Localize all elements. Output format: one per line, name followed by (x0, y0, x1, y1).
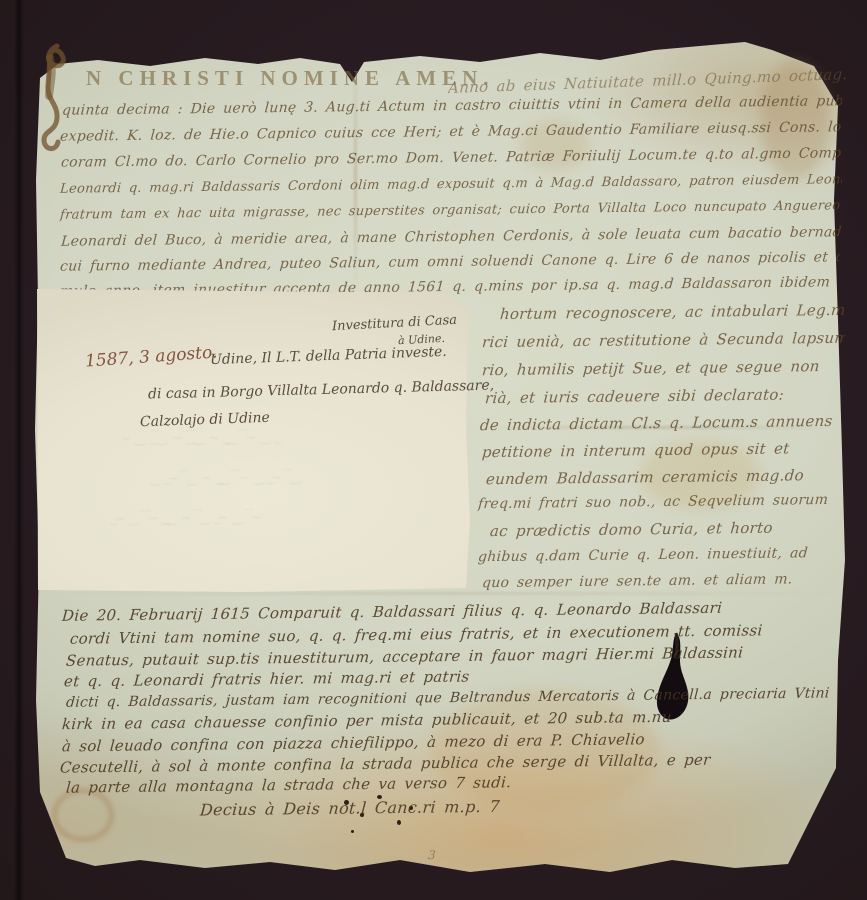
ink-spot (397, 820, 401, 825)
stray-mark: 3 (427, 848, 448, 862)
fold-line (60, 592, 840, 595)
scanned-document-photo: N CHRISTI NOMINE AMEN. Anno ab eius Nati… (0, 0, 867, 900)
ink-spot (351, 830, 354, 833)
document-heading: N CHRISTI NOMINE AMEN. (86, 66, 495, 91)
binding-shadow (14, 0, 24, 900)
slip-bleedthrough: ͜ ~ ‿ ͡ ~ ͜ ‿ ~ ͡ ‿ ͜ ~ ‿ ͡ ~ (110, 509, 262, 526)
slip-bleedthrough: ‿ ͜ ~ ͡ ‿ ~ ͜ ‿ ͡ ~ ‿ ͜ ~ ͡ ‿ (150, 469, 301, 486)
slip-bleedthrough: ~ ‿ ͜ ͡ ‿ ~ ͜ ͡ ‿ ~ ͜ ‿ ͡ ~ ‿ ͜ (120, 429, 274, 446)
